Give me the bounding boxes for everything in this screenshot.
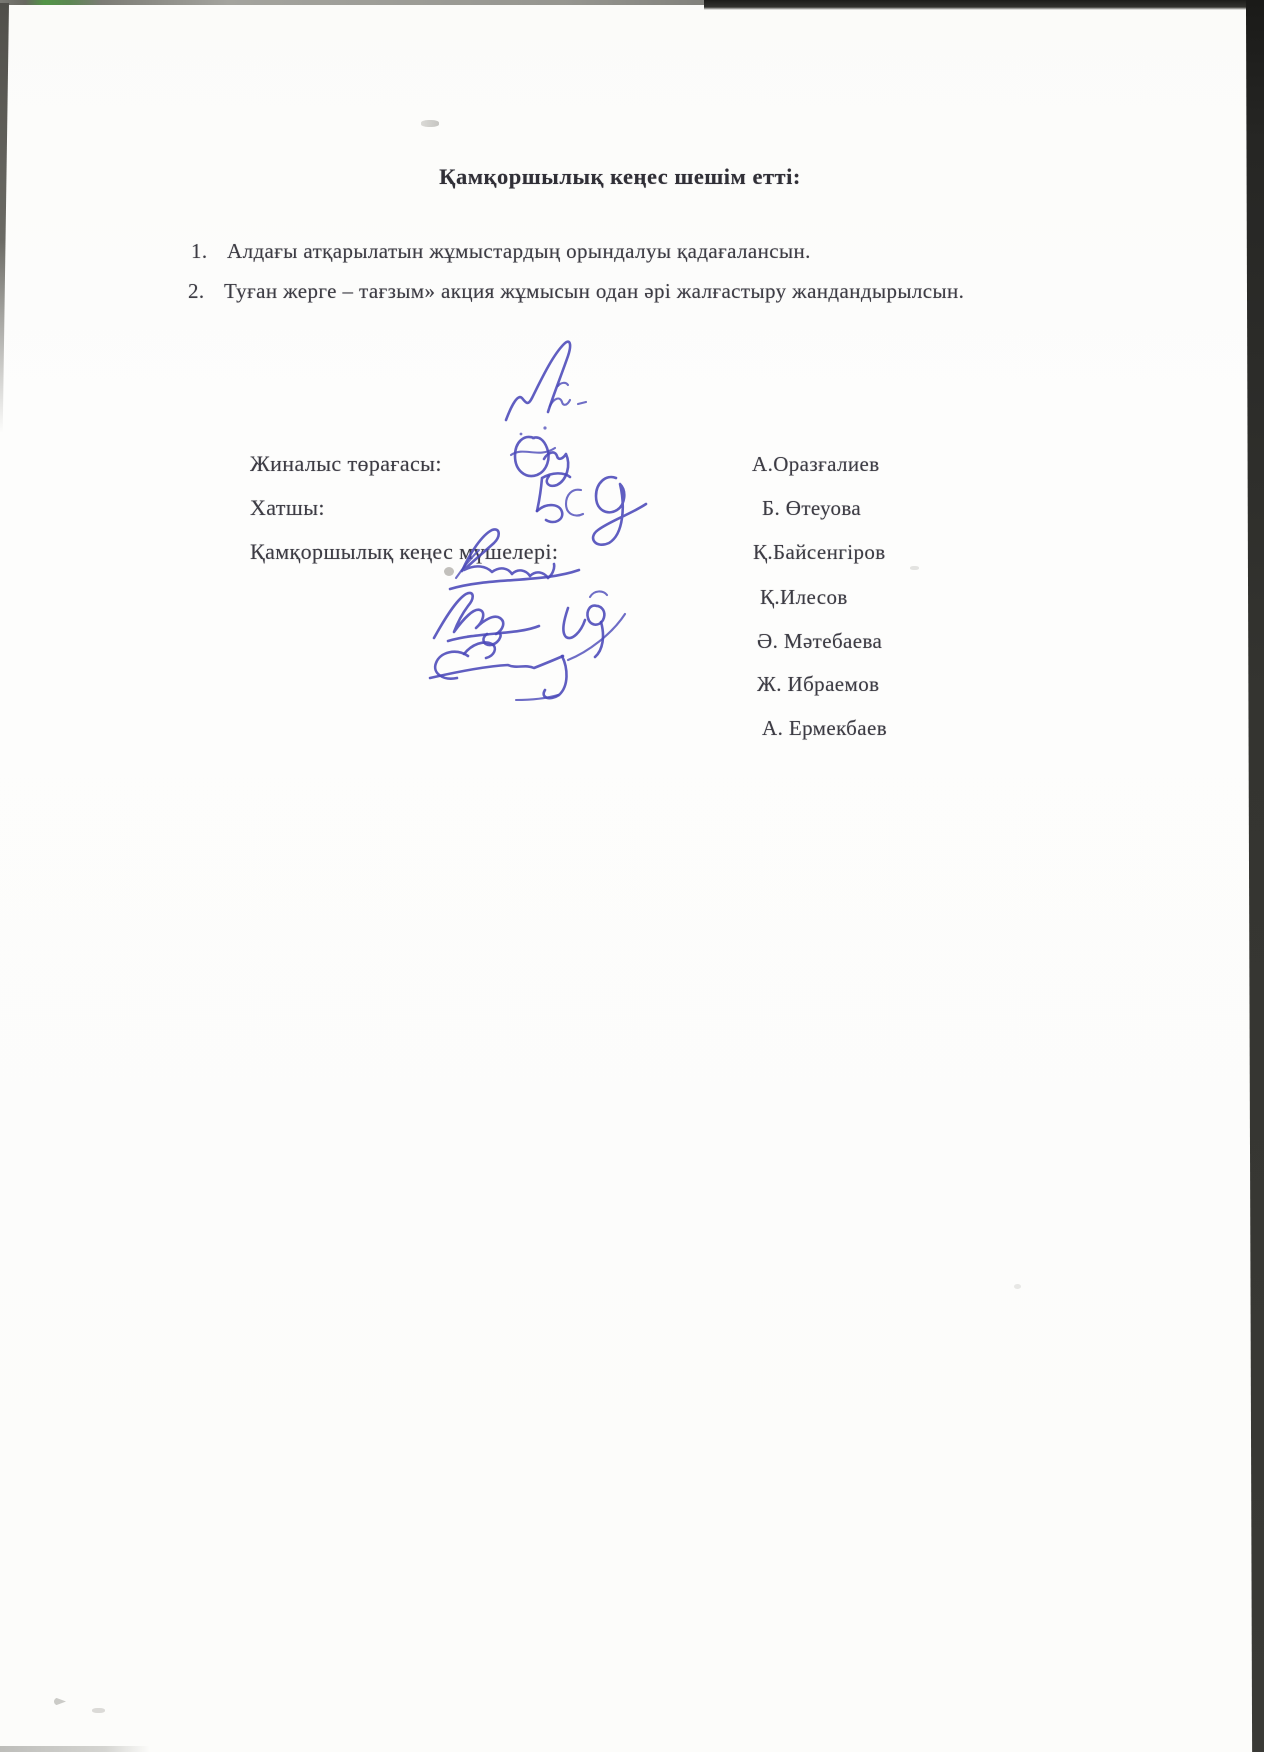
scan-speck bbox=[92, 1708, 105, 1713]
scan-smudge bbox=[421, 120, 439, 127]
signature-ink-member-2 bbox=[450, 529, 579, 589]
signatory-name: А.Оразғалиев bbox=[752, 452, 880, 477]
signature-ink-secretary bbox=[511, 437, 568, 486]
signatures-ink-layer bbox=[420, 338, 690, 728]
scan-edge-top-right bbox=[704, 0, 1264, 10]
scan-edge-right bbox=[1242, 0, 1264, 1752]
signatory-name: Ж. Ибраемов bbox=[757, 672, 879, 697]
decision-number: 2. bbox=[188, 279, 224, 304]
document-title: Қамқоршылық кеңес шешім етті: bbox=[0, 164, 1240, 190]
scan-edge-bottom-left bbox=[0, 1746, 150, 1752]
decision-text: Алдағы атқарылатын жұмыстардың орындалуы… bbox=[227, 239, 811, 263]
decision-item: 1.Алдағы атқарылатын жұмыстардың орындал… bbox=[191, 239, 811, 264]
scan-speck bbox=[1014, 1284, 1021, 1289]
signature-ink-member-4 bbox=[563, 591, 625, 660]
decision-item: 2.Туған жерге – тағзым» акция жұмысын од… bbox=[188, 279, 964, 304]
signature-ink-member-5 bbox=[430, 642, 567, 700]
signature-ink-member-1 bbox=[537, 473, 646, 544]
scan-edge-left bbox=[0, 3, 9, 433]
signatory-name: Ә. Мәтебаева bbox=[757, 629, 882, 654]
scan-speck bbox=[54, 1697, 66, 1706]
signatory-name: Қ.Байсенгіров bbox=[753, 540, 886, 565]
decision-text: Туған жерге – тағзым» акция жұмысын одан… bbox=[224, 279, 964, 303]
decision-number: 1. bbox=[191, 239, 227, 264]
scanned-document-page: Қамқоршылық кеңес шешім етті: 1.Алдағы а… bbox=[0, 0, 1264, 1752]
scan-speck bbox=[910, 566, 919, 570]
signatory-name: А. Ермекбаев bbox=[762, 716, 887, 741]
signatory-name: Қ.Илесов bbox=[760, 585, 848, 610]
signature-ink-chairman bbox=[506, 342, 586, 436]
role-label-chairman: Жиналыс төрағасы: bbox=[250, 451, 442, 477]
signature-ink-member-3 bbox=[434, 593, 539, 645]
signatory-name: Б. Өтеуова bbox=[762, 496, 861, 521]
role-label-secretary: Хатшы: bbox=[250, 495, 325, 521]
